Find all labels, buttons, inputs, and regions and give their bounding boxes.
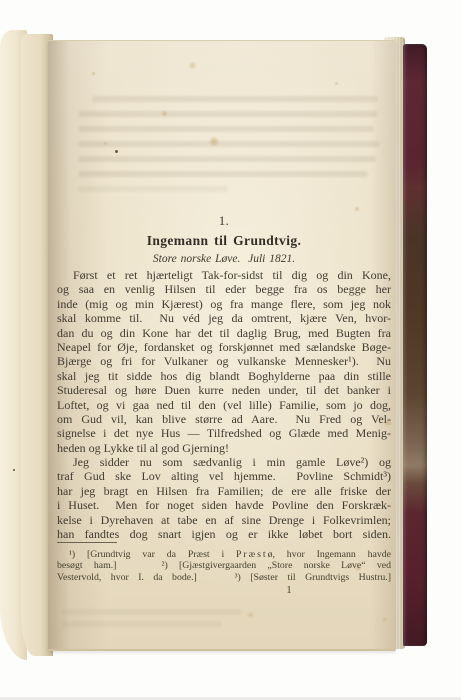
body-line: han fandtes dog snart igjen og er ikke l… xyxy=(57,527,391,541)
footnote-line: ¹) [Grundtvig var da Præst i P r æ s t ø… xyxy=(57,549,391,560)
page-content: 1. Ingemann til Grundtvig. Store norske … xyxy=(57,41,391,649)
book-cover-edge xyxy=(403,44,427,646)
footnote-line: besøgt ham.] ²) [Gjæstgivergaarden „Stor… xyxy=(57,560,391,571)
body-line: kelse i Dyrehaven at tabe en af sine Dre… xyxy=(57,513,391,527)
footnote-line: Vestervold, hvor I. da bode.] ³) [Søster… xyxy=(57,572,391,583)
book-page: 1. Ingemann til Grundtvig. Store norske … xyxy=(48,40,396,651)
body-line: i Huset. Men for noget siden havde Povli… xyxy=(57,498,391,512)
body-line: Loftet, og vi gaa ned til den (vel lille… xyxy=(57,398,391,412)
body-line: Bjærge og fri for Vulkaner og vulkanske … xyxy=(57,354,391,368)
page-number: 1 xyxy=(122,584,456,596)
body-line: har jeg bragt en Hilsen fra Familien; de… xyxy=(57,484,391,498)
body-line: og saa en venlig Hilsen til eder begge f… xyxy=(57,282,391,296)
body-line: Først et ret hjærteligt Tak-for-sidst ti… xyxy=(57,268,391,282)
body-line: Neapel for Øje, fordansket og forskjønne… xyxy=(57,340,391,354)
body-line: om Gud vil, kan blive større ad Aare. Nu… xyxy=(57,412,391,426)
footnote-rule xyxy=(57,542,117,543)
body-line: inde (mig og min Kjærest) og fra mange f… xyxy=(57,297,391,311)
body-line: heden og Lykke til al god Gjerning! xyxy=(57,441,391,455)
foxing-spot xyxy=(13,469,15,471)
body-line: skal komme til. Nu véd jeg da omtrent, k… xyxy=(57,311,391,325)
footnotes: ¹) [Grundtvig var da Præst i P r æ s t ø… xyxy=(57,549,391,583)
letter-body: Først et ret hjærteligt Tak-for-sidst ti… xyxy=(57,268,391,541)
body-line: skal jeg tit sidde hos dig blandt Boghyl… xyxy=(57,369,391,383)
letter-dateline: Store norske Løve. Juli 1821. xyxy=(57,253,391,265)
body-line: signelse i det nye Hus — Tilfredshed og … xyxy=(57,426,391,440)
section-number: 1. xyxy=(57,214,391,229)
body-line: Jeg sidder nu som sædvanlig i min gamle … xyxy=(57,455,391,469)
body-line: traf Gud ske Lov alting vel hjemme. Povl… xyxy=(57,469,391,483)
letter-heading: Ingemann til Grundtvig. xyxy=(57,233,391,249)
body-line: dan du og din Kone har det til daglig Br… xyxy=(57,326,391,340)
body-line: Studeresal og høre Duen kurre neden unde… xyxy=(57,383,391,397)
